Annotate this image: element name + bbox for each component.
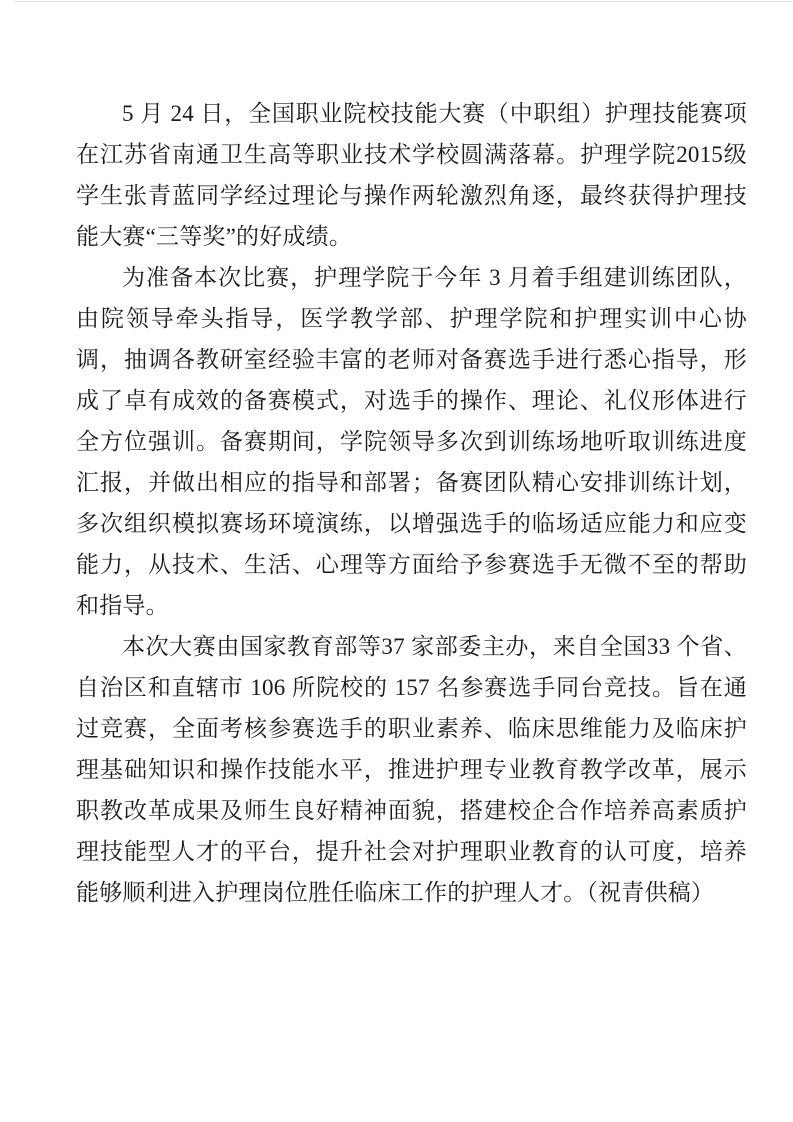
paragraph-competition-result: 5 月 24 日，全国职业院校技能大赛（中职组）护理技能赛项在江苏省南通卫生高等…	[76, 93, 747, 257]
paragraph-competition-overview: 本次大赛由国家教育部等37 家部委主办，来自全国33 个省、自治区和直辖市 10…	[76, 626, 747, 913]
page-top-edge-line	[14, 1, 793, 2]
document-page: 5 月 24 日，全国职业院校技能大赛（中职组）护理技能赛项在江苏省南通卫生高等…	[0, 0, 793, 1122]
paragraph-preparation: 为准备本次比赛，护理学院于今年 3 月着手组建训练团队，由院领导牵头指导，医学教…	[76, 257, 747, 626]
document-body: 5 月 24 日，全国职业院校技能大赛（中职组）护理技能赛项在江苏省南通卫生高等…	[76, 93, 747, 913]
